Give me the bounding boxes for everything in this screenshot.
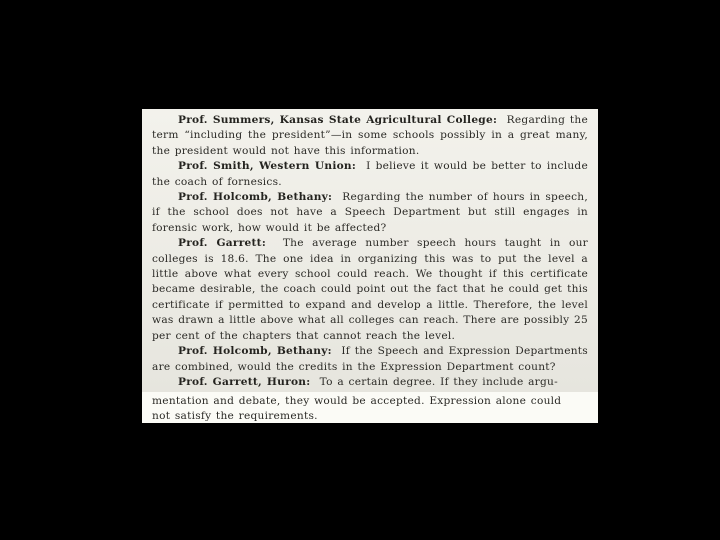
speaker-name: Prof. Holcomb, Bethany: (178, 345, 332, 357)
speaker-remark: To a certain degree. If they include arg… (320, 376, 558, 388)
transcript-body: Prof. Summers, Kansas State Agricultural… (152, 113, 588, 390)
transcript-paragraph: Prof. Holcomb, Bethany: If the Speech an… (152, 344, 588, 375)
speaker-name: Prof. Smith, Western Union: (178, 160, 356, 172)
transcript-paragraph: Prof. Holcomb, Bethany: Regarding the nu… (152, 190, 588, 236)
continuation-line: mentation and debate, they would be acce… (152, 394, 588, 409)
transcript-paragraph: Prof. Garrett: The average number speech… (152, 236, 588, 344)
speaker-remark: The average number speech hours taught i… (152, 237, 588, 341)
continuation-line: not satisfy the requirements. (152, 409, 588, 423)
continuation-text: mentation and debate, they would be acce… (152, 392, 588, 423)
speaker-name: Prof. Garrett, Huron: (178, 376, 310, 388)
scanned-document-page: Prof. Summers, Kansas State Agricultural… (142, 109, 598, 423)
transcript-paragraph: Prof. Smith, Western Union: I believe it… (152, 159, 588, 190)
transcript-paragraph: Prof. Garrett, Huron: To a certain degre… (152, 375, 588, 390)
speaker-name: Prof. Summers, Kansas State Agricultural… (178, 114, 497, 126)
transcript-paragraph: Prof. Summers, Kansas State Agricultural… (152, 113, 588, 159)
speaker-name: Prof. Garrett: (178, 237, 266, 249)
speaker-name: Prof. Holcomb, Bethany: (178, 191, 332, 203)
slide-stage: Prof. Summers, Kansas State Agricultural… (0, 0, 720, 540)
